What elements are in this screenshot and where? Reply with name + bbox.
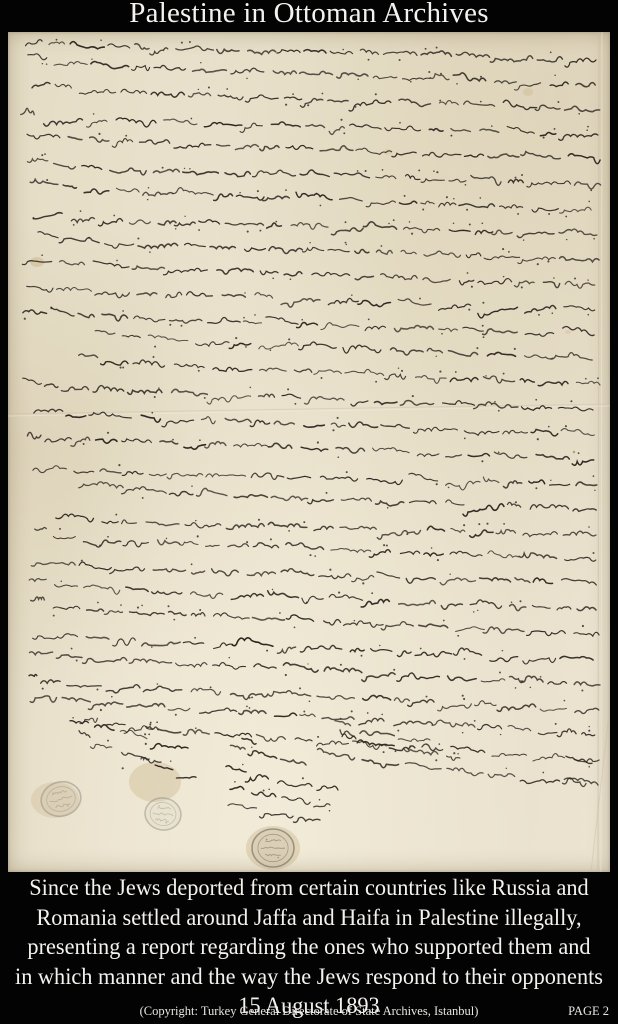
caption-line: Romania settled around Jaffa and Haifa i… xyxy=(9,903,608,933)
page-title: Palestine in Ottoman Archives xyxy=(0,0,618,30)
manuscript-scan xyxy=(8,32,610,872)
footer: (Copyright: Turkey General Directorate o… xyxy=(0,1001,618,1021)
caption-line: Since the Jews deported from certain cou… xyxy=(9,873,608,903)
caption: Since the Jews deported from certain cou… xyxy=(9,873,608,1021)
page-number-label: PAGE 2 xyxy=(568,1001,609,1021)
caption-line: presenting a report regarding the ones w… xyxy=(9,932,608,962)
archive-plate: Palestine in Ottoman Archives Since the … xyxy=(0,0,618,1024)
manuscript-svg xyxy=(8,32,610,872)
copyright-notice: (Copyright: Turkey General Directorate o… xyxy=(140,1004,479,1018)
paper-creases xyxy=(8,32,610,872)
caption-line: in which manner and the way the Jews res… xyxy=(9,962,608,992)
